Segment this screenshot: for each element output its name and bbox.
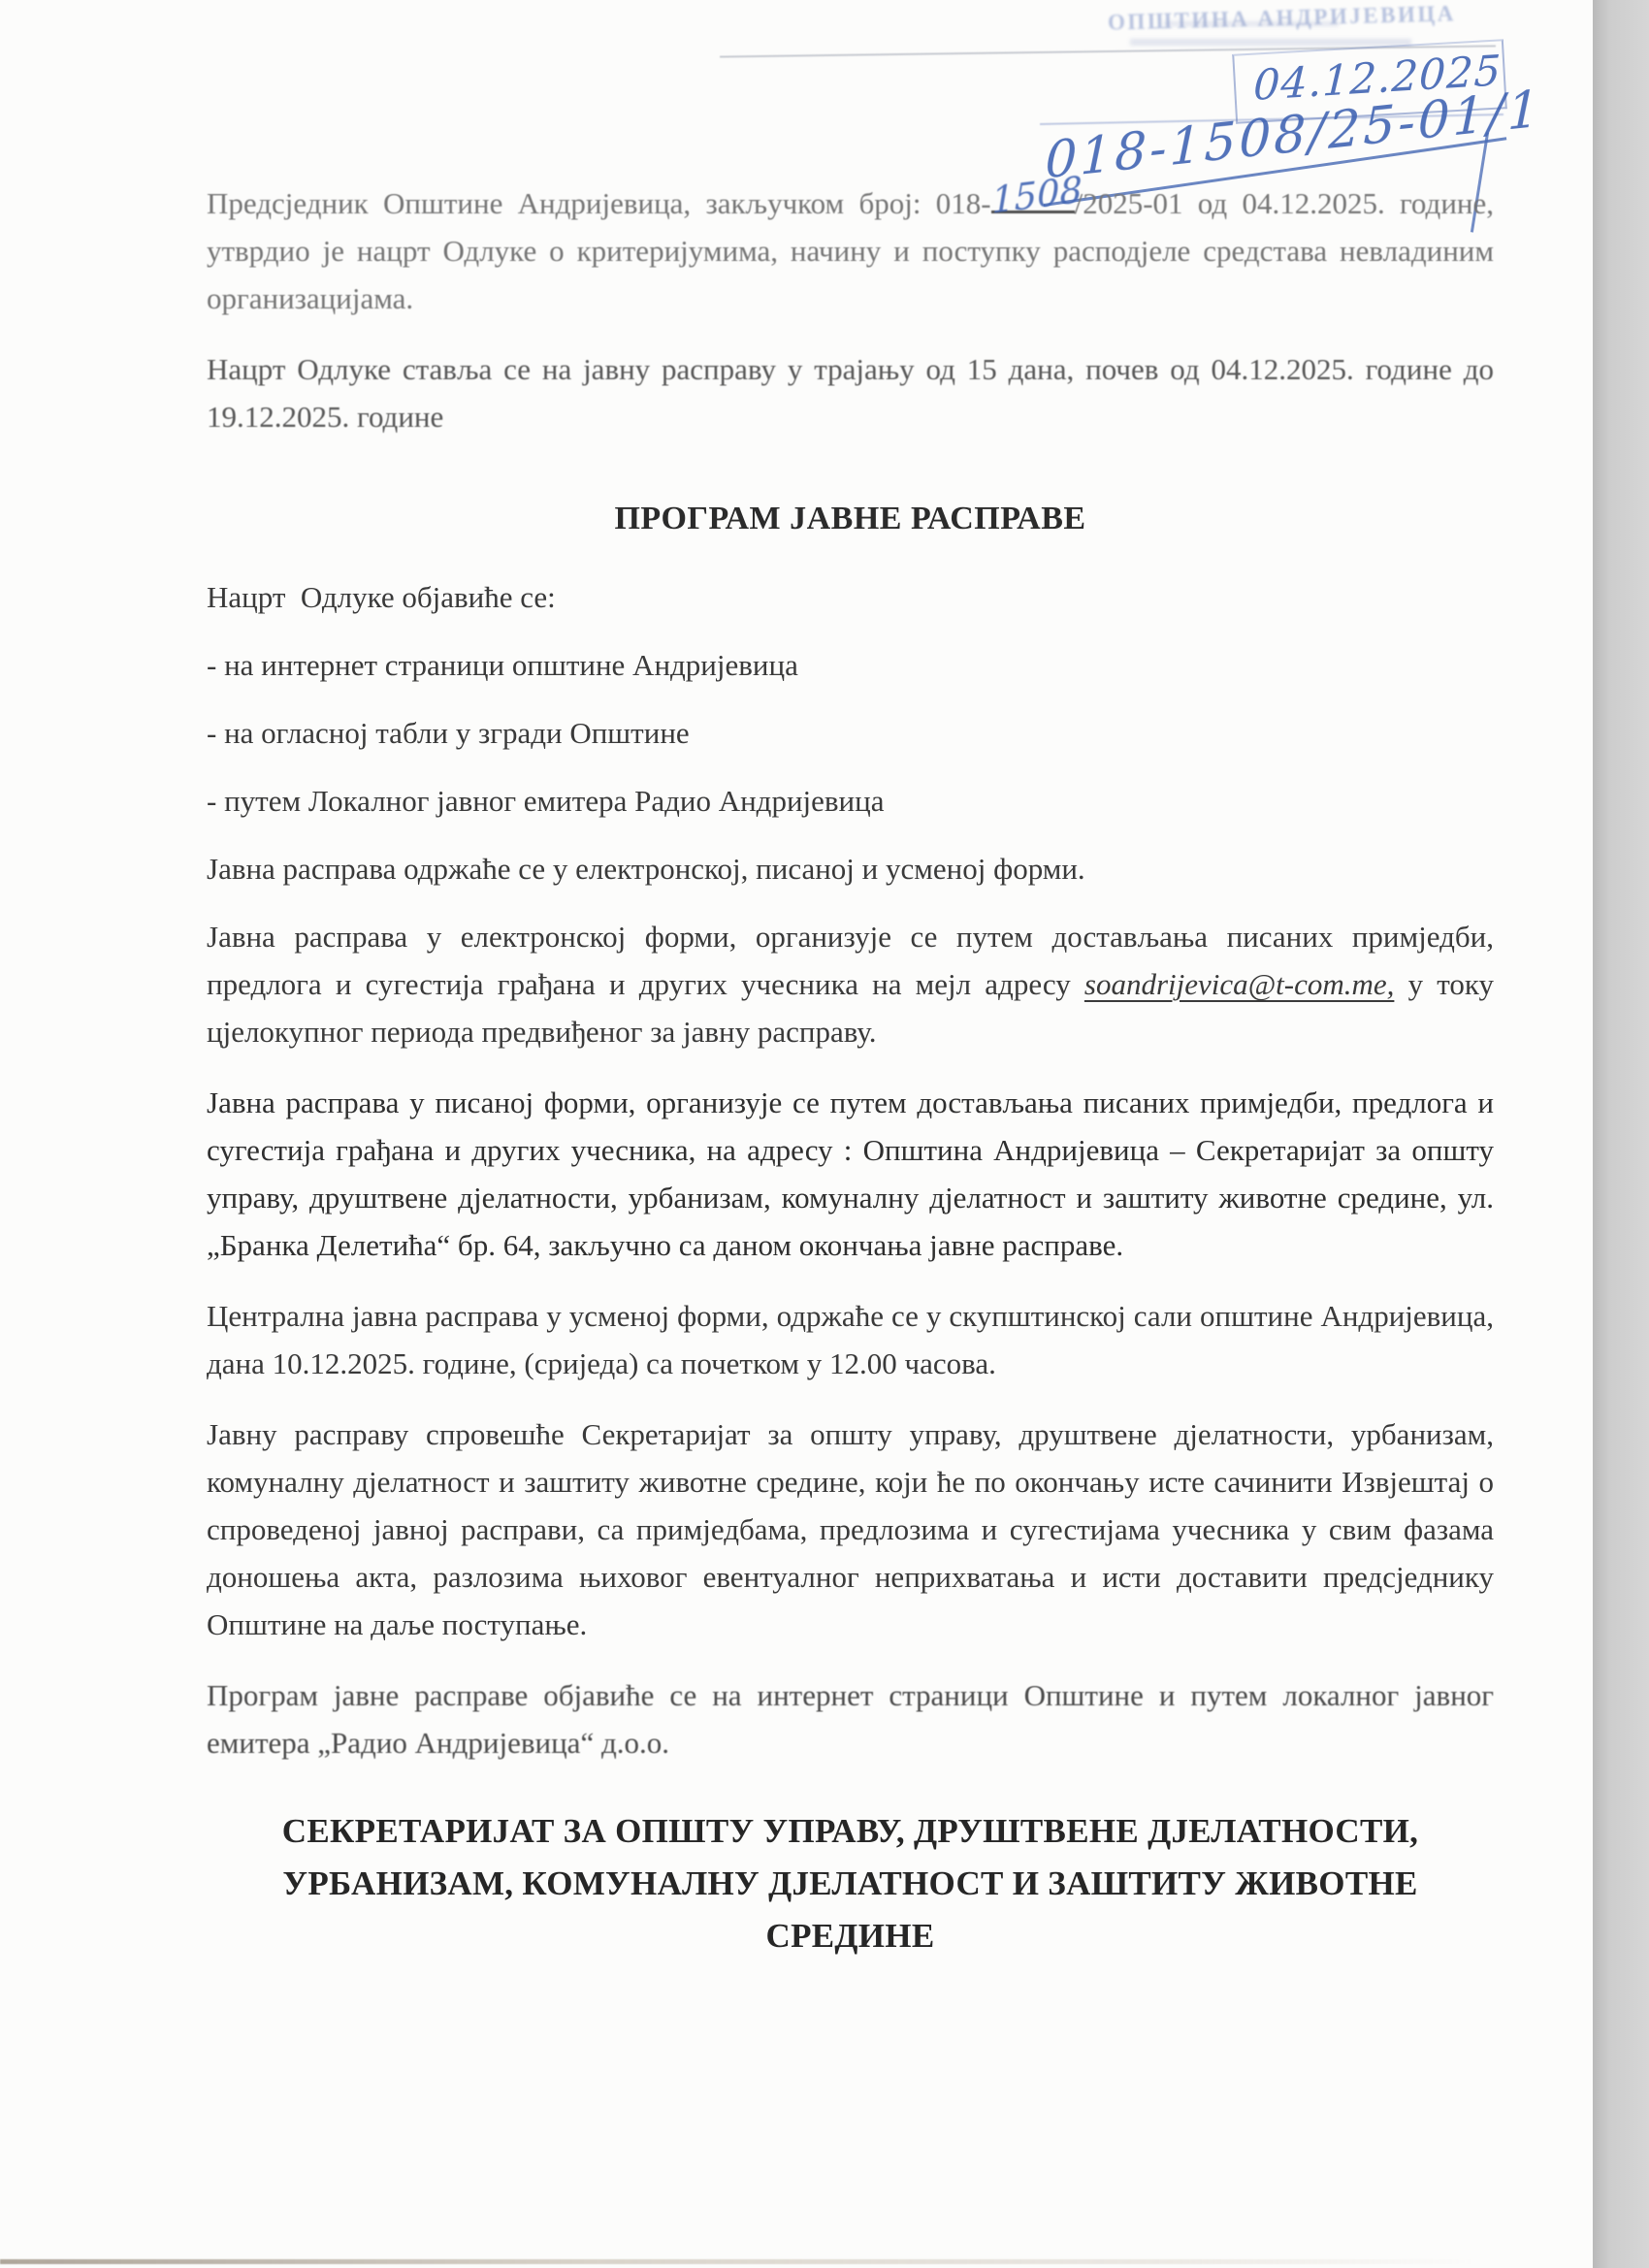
signature-line-3: СРЕДИНЕ (207, 1910, 1494, 1962)
electronic-form-paragraph: Јавна расправа у електронској форми, орг… (207, 913, 1494, 1055)
handwritten-case-number: 018-1508/25-01/1 (1045, 80, 1542, 190)
secretariat-signature: СЕКРЕТАРИЈАТ ЗА ОПШТУ УПРАВУ, ДРУШТВЕНЕ … (207, 1805, 1494, 1962)
oral-form-paragraph: Централна јавна расправа у усменој форми… (207, 1292, 1494, 1387)
email-address: soandrijevica@t-com.me, (1084, 967, 1395, 1001)
forms-intro: Јавна расправа одржаће се у електронској… (207, 845, 1494, 892)
publish-intro: Нацрт Одлуке објавиће се: (207, 573, 1494, 621)
stamp-smudge (1164, 21, 1339, 26)
duration-paragraph: Нацрт Одлуке ставља се на јавну расправу… (207, 345, 1494, 440)
publication-paragraph: Програм јавне расправе објавиће се на ин… (207, 1671, 1494, 1766)
page-title: ПРОГРАМ ЈАВНЕ РАСПРАВЕ (207, 495, 1494, 542)
handwritten-date: 04.12.2025 (1252, 47, 1503, 111)
stamp-rule-line (1040, 113, 1503, 125)
document-body: Предсједник Општине Андријевица, закључк… (207, 179, 1494, 1962)
scan-edge-bottom (0, 2259, 1474, 2264)
publish-item-radio: - путем Локалног јавног емитера Радио Ан… (207, 777, 1494, 825)
intro-paragraph: Предсједник Општине Андријевица, закључк… (207, 179, 1494, 322)
publish-item-website: - на интернет страници општине Андријеви… (207, 641, 1494, 689)
signature-line-1: СЕКРЕТАРИЈАТ ЗА ОПШТУ УПРАВУ, ДРУШТВЕНЕ … (207, 1805, 1494, 1858)
publish-item-notice-board: - на огласној табли у згради Општине (207, 709, 1494, 757)
signature-line-2: УРБАНИЗАМ, КОМУНАЛНУ ДЈЕЛАТНОСТ И ЗАШТИТ… (207, 1858, 1494, 1910)
stamp-rule-line (720, 45, 1496, 57)
handwritten-fill-number: 1508 (990, 166, 1082, 225)
scanned-document-page: ОПШТИНА АНДРИЈЕВИЦА 04.12.2025 018-1508/… (0, 0, 1649, 2268)
intro-text-before-number: Предсједник Општине Андријевица, закључк… (207, 186, 991, 220)
scan-edge-right (1593, 0, 1649, 2268)
case-number-blank: 1508 (991, 185, 1075, 213)
stamp-date-box (1232, 39, 1507, 124)
written-form-paragraph: Јавна расправа у писаној форми, организу… (207, 1079, 1494, 1269)
conduct-paragraph: Јавну расправу спровешће Секретаријат за… (207, 1410, 1494, 1648)
stamp-smudge (1130, 39, 1411, 46)
stamp-municipality-text: ОПШТИНА АНДРИЈЕВИЦА (1108, 1, 1456, 35)
